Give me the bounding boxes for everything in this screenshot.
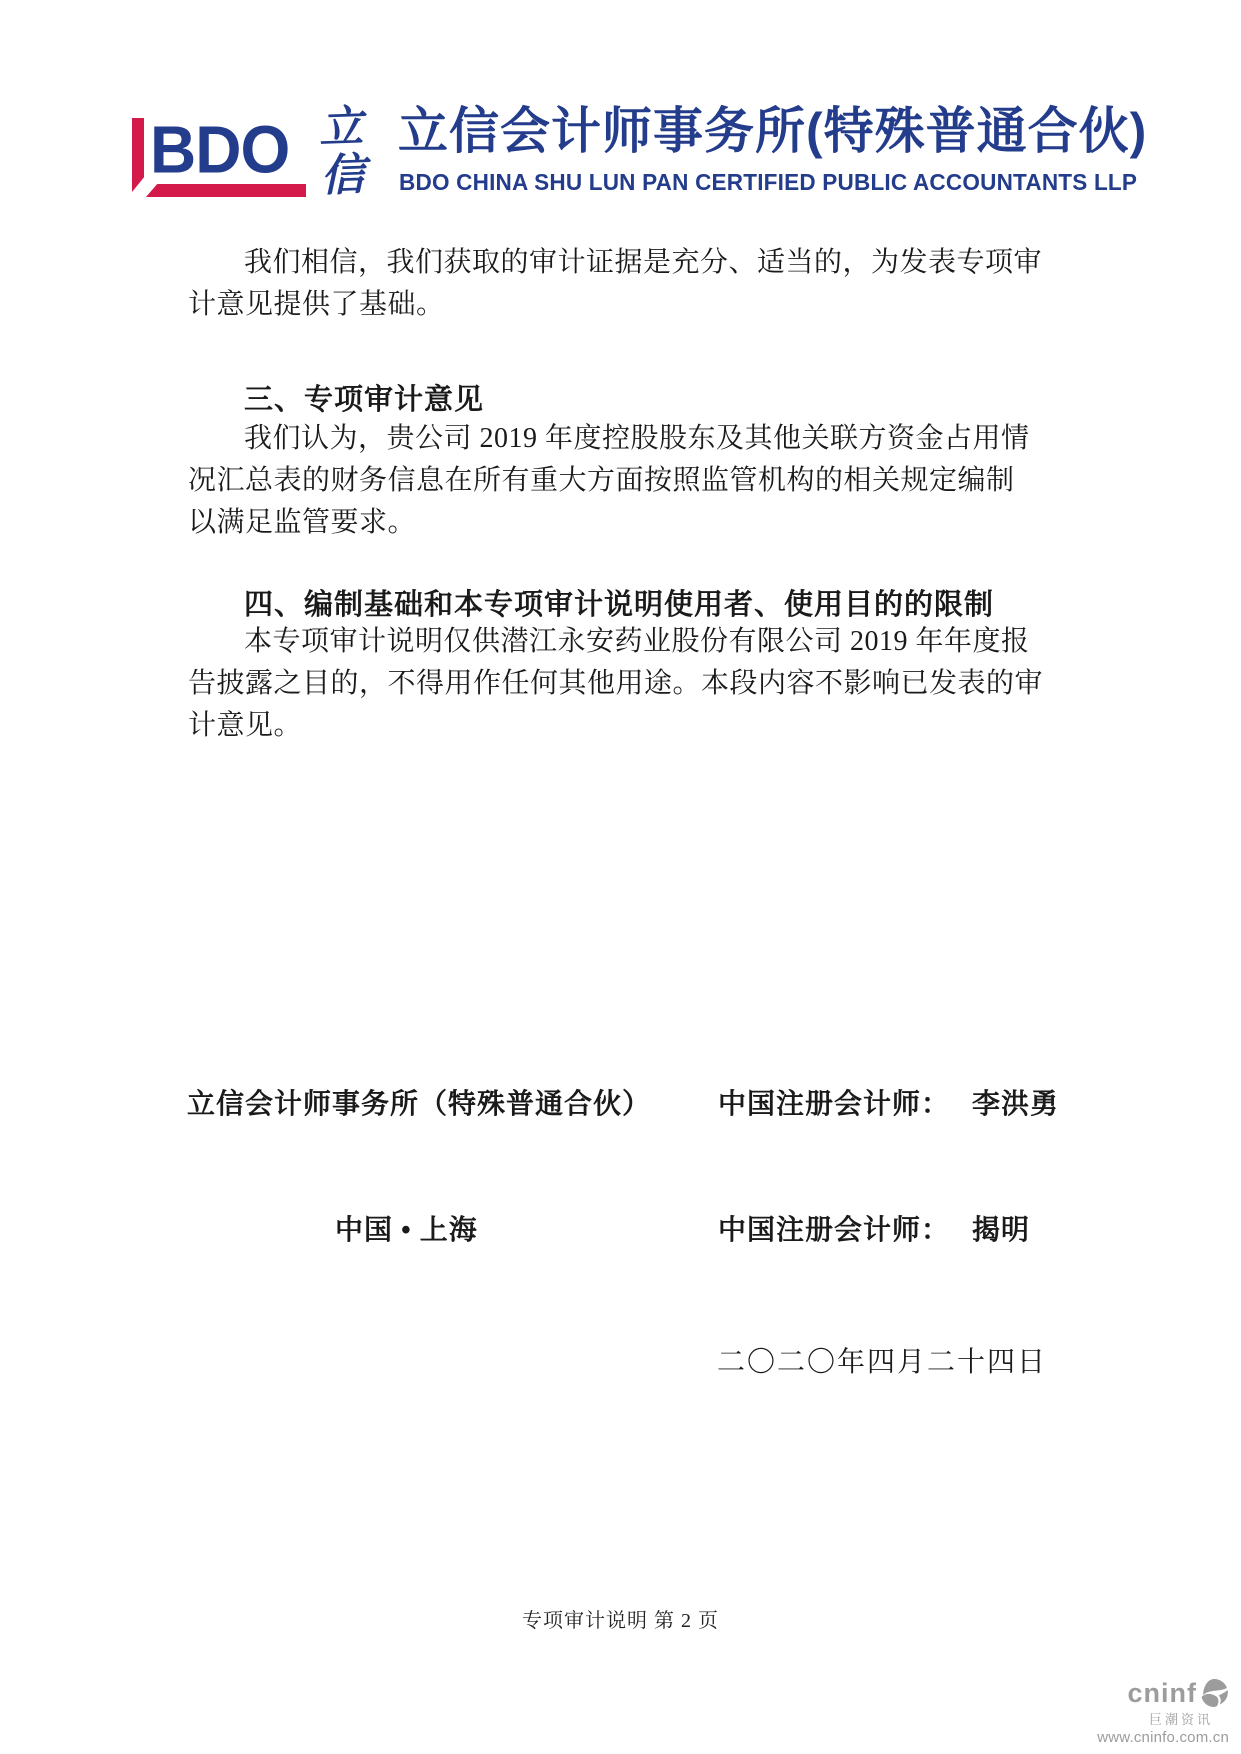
- section-heading-3: 三、专项审计意见: [244, 379, 484, 421]
- signature-date: 二〇二〇年四月二十四日: [717, 1340, 1047, 1380]
- cninfo-brand-row: cninf: [1009, 1678, 1229, 1708]
- signature-cpa1: 中国注册会计师：李洪勇: [718, 1085, 1059, 1125]
- bdo-logo-text: BDO: [150, 116, 289, 183]
- document-page: BDO 立 信 立信会计师事务所(特殊普通合伙) BDO CHINA SHU L…: [0, 0, 1241, 1754]
- cpa1-name: 李洪勇: [972, 1089, 1059, 1120]
- cpa1-label: 中国注册会计师：: [718, 1089, 950, 1120]
- signature-cpa2: 中国注册会计师：揭明: [718, 1211, 1030, 1251]
- paragraph-usage-restriction: 本专项审计说明仅供潜江永安药业股份有限公司 2019 年年度报 告披露之目的，不…: [188, 621, 1078, 747]
- page-footer-label: 专项审计说明 第 2 页: [0, 1604, 1241, 1633]
- cninfo-globe-icon: [1199, 1678, 1229, 1708]
- signature-firm-name: 立信会计师事务所（特殊普通合伙）: [187, 1085, 651, 1125]
- paragraph-audit-evidence: 我们相信，我们获取的审计证据是充分、适当的，为发表专项审 计意见提供了基础。: [188, 242, 1078, 326]
- section-heading-4: 四、编制基础和本专项审计说明使用者、使用目的的限制: [244, 584, 994, 626]
- cninfo-brand-text: cninf: [1128, 1680, 1198, 1707]
- cpa2-label: 中国注册会计师：: [718, 1215, 950, 1246]
- paragraph-audit-opinion: 我们认为，贵公司 2019 年度控股股东及其他关联方资金占用情 况汇总表的财务信…: [188, 418, 1078, 544]
- firm-title-chinese: 立信会计师事务所(特殊普通合伙): [398, 104, 1147, 159]
- firm-title-english: BDO CHINA SHU LUN PAN CERTIFIED PUBLIC A…: [399, 169, 1137, 196]
- cpa2-name: 揭明: [972, 1215, 1030, 1246]
- bdo-logo-red-vertical-bar: [132, 118, 144, 192]
- cninfo-url: www.cninfo.com.cn: [1009, 1729, 1229, 1746]
- cninfo-chinese-name: 巨潮资讯: [1009, 1709, 1213, 1728]
- signature-location: 中国 • 上海: [335, 1211, 478, 1251]
- cninfo-watermark: cninf 巨潮资讯 www.cninfo.com.cn: [1009, 1678, 1229, 1746]
- lixin-calligraphy-mark: 立 信: [314, 103, 369, 200]
